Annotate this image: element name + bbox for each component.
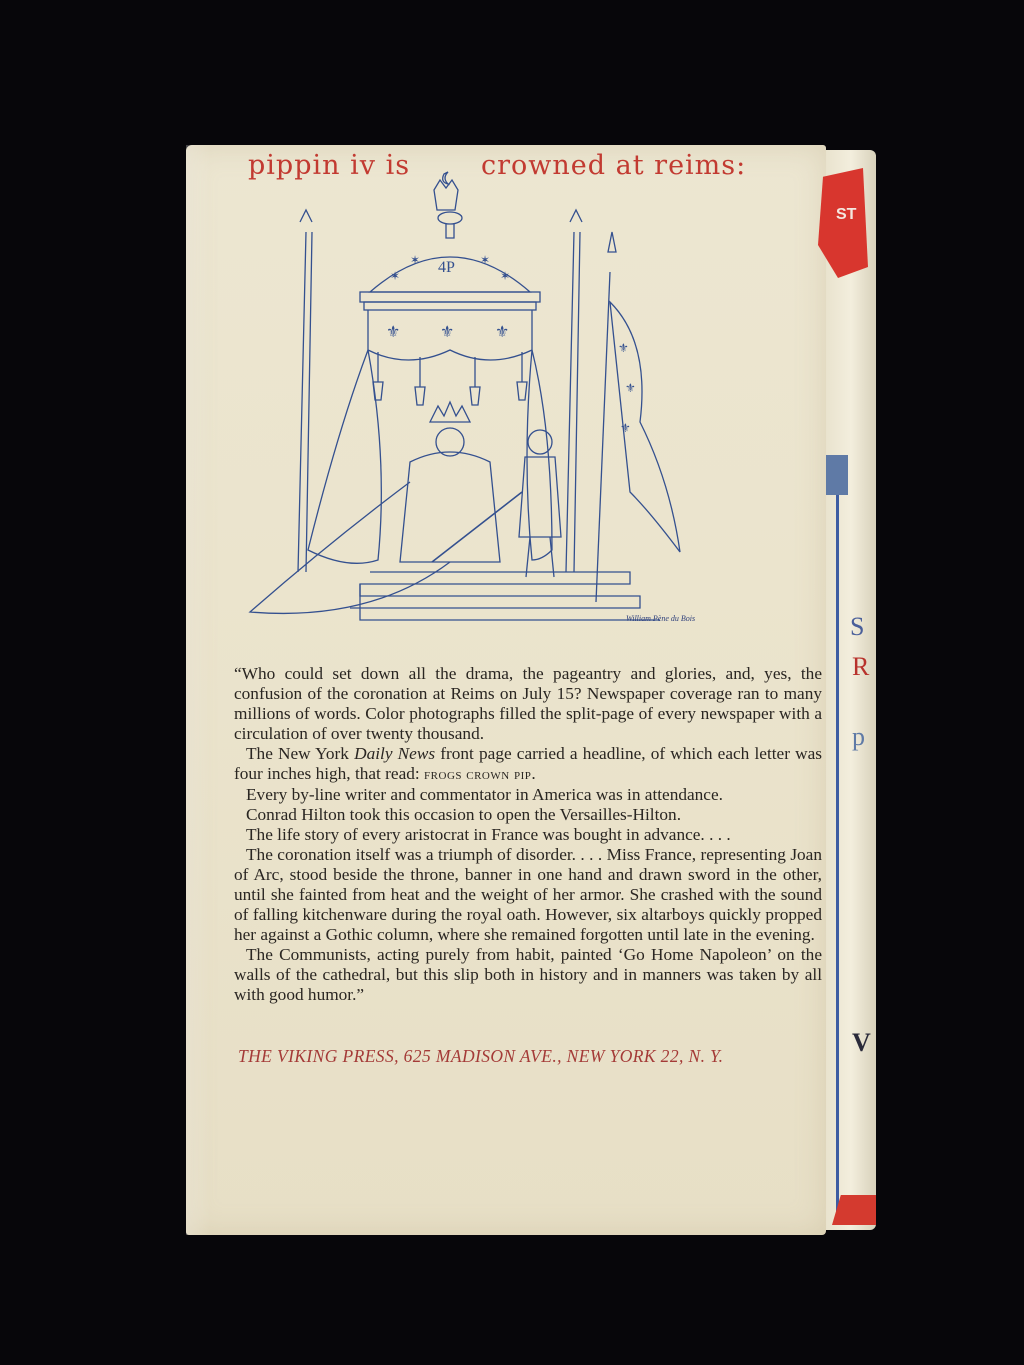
- crown-finial-icon: [434, 172, 462, 238]
- svg-text:✶: ✶: [480, 253, 490, 267]
- spine-top-fragment: ST: [836, 206, 856, 224]
- svg-text:✶: ✶: [390, 269, 400, 283]
- spine-letter-v: V: [852, 1028, 871, 1058]
- coronation-illustration: 4P ✶✶✶✶ ⚜⚜⚜ ⚜⚜⚜: [210, 152, 710, 632]
- paragraph: The coronation itself was a triumph of d…: [234, 845, 822, 945]
- svg-text:⚜: ⚜: [495, 324, 509, 341]
- paragraph: The Communists, acting purely from habit…: [234, 945, 822, 1005]
- paragraph: The New York Daily News front page carri…: [234, 744, 822, 785]
- spine-letter-s: S: [850, 612, 864, 642]
- book-spine: [826, 150, 876, 1230]
- svg-text:⚜: ⚜: [618, 341, 629, 355]
- svg-text:⚜: ⚜: [440, 324, 454, 341]
- spine-blue-line: [836, 495, 839, 1225]
- svg-text:✶: ✶: [500, 269, 510, 283]
- headline-quote: frogs crown pip: [424, 767, 531, 783]
- spine-blue-patch: [826, 455, 848, 495]
- paragraph: “Who could set down all the drama, the p…: [234, 664, 822, 744]
- paragraph: Every by-line writer and commentator in …: [234, 785, 822, 805]
- paragraph: The life story of every aristocrat in Fr…: [234, 825, 822, 845]
- spine-letter-p: p: [852, 722, 865, 752]
- svg-text:⚜: ⚜: [625, 381, 636, 395]
- spine-letter-r: R: [852, 652, 869, 682]
- svg-text:⚜: ⚜: [386, 324, 400, 341]
- svg-text:✶: ✶: [410, 253, 420, 267]
- paragraph: Conrad Hilton took this occasion to open…: [234, 805, 822, 825]
- publisher-line: THE VIKING PRESS, 625 MADISON AVE., NEW …: [238, 1046, 818, 1067]
- blurb-text: “Who could set down all the drama, the p…: [234, 664, 822, 1005]
- svg-text:4P: 4P: [438, 259, 455, 276]
- svg-text:⚜: ⚜: [620, 421, 631, 435]
- illustrator-signature: William Pène du Bois: [626, 614, 695, 623]
